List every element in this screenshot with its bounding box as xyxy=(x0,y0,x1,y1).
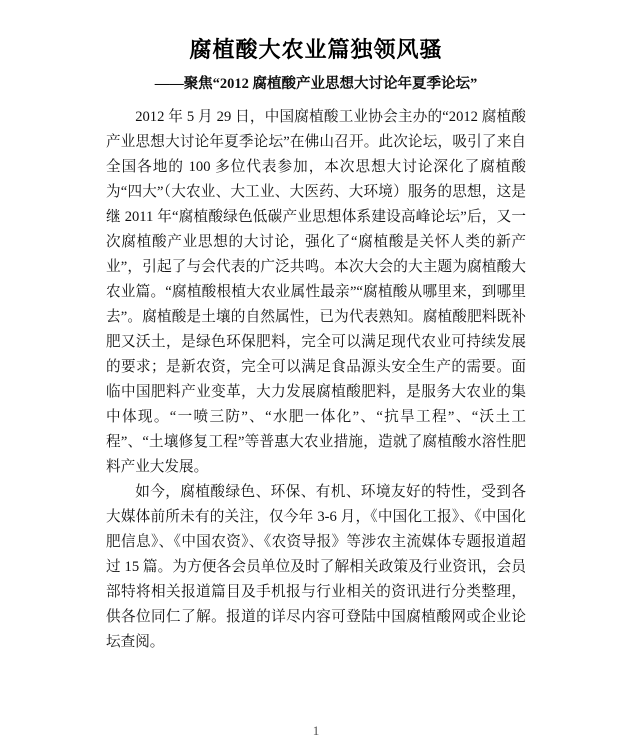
page-number: 1 xyxy=(313,723,320,738)
document-page: 腐植酸大农业篇独领风骚 ——聚焦“2012 腐植酸产业思想大讨论年夏季论坛” 2… xyxy=(0,0,632,747)
page-footer: 1 xyxy=(0,722,632,740)
document-title: 腐植酸大农业篇独领风骚 xyxy=(0,0,632,65)
document-subtitle: ——聚焦“2012 腐植酸产业思想大讨论年夏季论坛” xyxy=(0,74,632,94)
body-paragraph-2: 如今，腐植酸绿色、环保、有机、环境友好的特性，受到各大媒体前所未有的关注，仅今年… xyxy=(106,480,526,655)
document-body: 2012 年 5 月 29 日，中国腐植酸工业协会主办的“2012 腐植酸产业思… xyxy=(106,105,526,655)
body-paragraph-1: 2012 年 5 月 29 日，中国腐植酸工业协会主办的“2012 腐植酸产业思… xyxy=(106,105,526,480)
